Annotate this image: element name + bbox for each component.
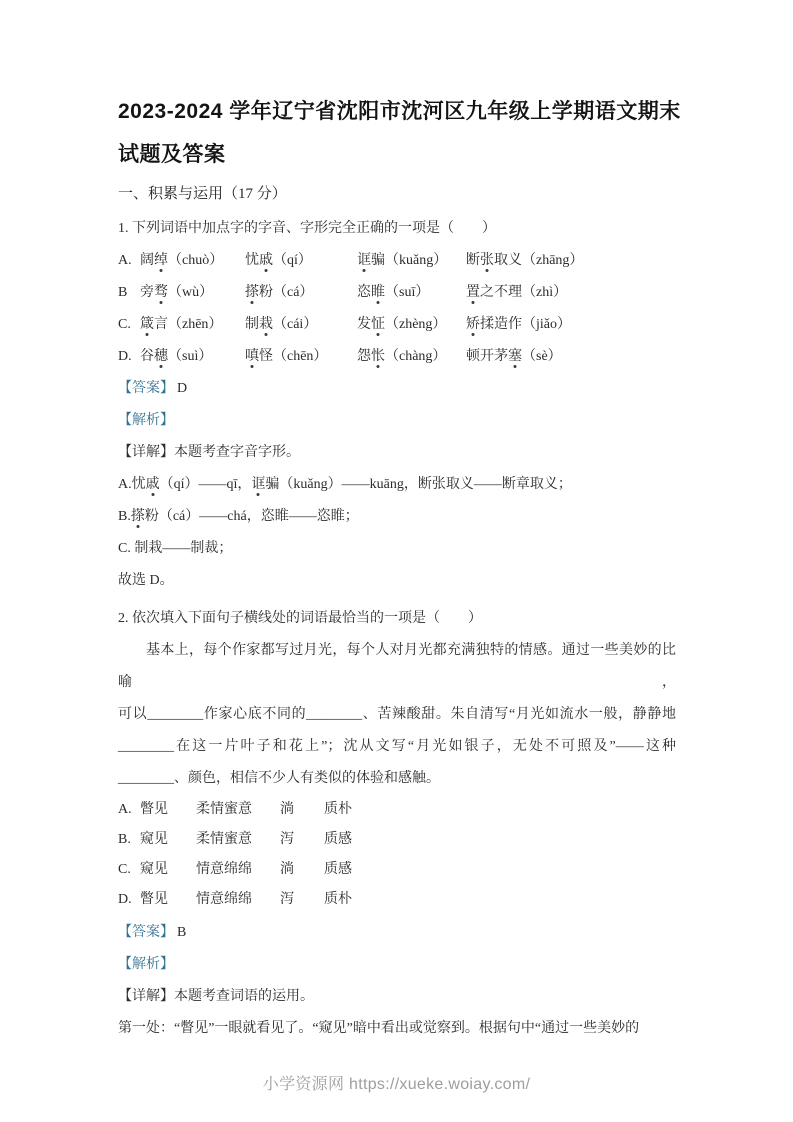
q2-analysis-label: 【解析】 — [118, 949, 676, 981]
q2-option-b-word2: 柔情蜜意 — [196, 825, 280, 855]
q1-option-b-label: B — [118, 277, 140, 309]
q2-option-c-word4: 质感 — [324, 855, 352, 885]
q1-answer-value: D — [174, 381, 187, 396]
q2-detail-line1: 第一处：“瞥见”一眼就看见了。“窥见”暗中看出或觉察到。根据句中“通过一些美妙的 — [118, 1013, 676, 1045]
q2-option-a-word3: 淌 — [280, 795, 324, 825]
q1-option-a-word1: 阔绰（chuò） — [140, 245, 245, 277]
q1-option-b-word4: 置之不理（zhì） — [466, 277, 567, 309]
q2-answer-row: 【答案】B — [118, 917, 676, 949]
q1-option-c-word2: 制栽（cái） — [245, 309, 357, 341]
q1-option-a-word3: 诓骗（kuǎng） — [357, 245, 466, 277]
page-title-line2: 试题及答案 — [118, 142, 676, 168]
q2-passage-line1: 基本上，每个作家都写过月光，每个人对月光都充满独特的情感。通过一些美妙的比喻， — [118, 635, 676, 699]
q1-option-c: C.箴言（zhēn）制栽（cái）发怔（zhèng）矫揉造作（jiǎo） — [118, 309, 676, 341]
q2-option-d-label: D. — [118, 885, 140, 915]
q2-passage-line4: ________、颜色，相信不少人有类似的体验和感触。 — [118, 763, 676, 795]
q2-option-d-word1: 瞥见 — [140, 885, 196, 915]
q2-option-c-word2: 情意绵绵 — [196, 855, 280, 885]
q2-option-b-word1: 窥见 — [140, 825, 196, 855]
q2-detail-label: 【详解】 — [118, 989, 174, 1004]
q1-option-d-word1: 谷穗（suì） — [140, 341, 245, 373]
q1-detail-line-a: A.忧戚（qí）——qī，诓骗（kuǎng）——kuāng，断张取义——断章取义… — [118, 469, 676, 501]
q2-answer-label: 【答案】 — [118, 925, 174, 940]
q1-answer-row: 【答案】D — [118, 373, 676, 405]
page-title-line1: 2023-2024 学年辽宁省沈阳市沈河区九年级上学期语文期末 — [118, 99, 676, 125]
q1-option-c-label: C. — [118, 309, 140, 341]
section-heading: 一、积累与运用（17 分） — [118, 183, 676, 205]
q2-detail-row: 【详解】本题考查词语的运用。 — [118, 981, 676, 1013]
q2-option-c-label: C. — [118, 855, 140, 885]
q1-option-d-word3: 怨怅（chàng） — [357, 341, 466, 373]
q1-option-d-label: D. — [118, 341, 140, 373]
q2-passage-line3: ________在这一片叶子和花上”；沈从文写“月光如银子，无处不可照及”——这… — [118, 731, 676, 763]
q1-option-d-word2: 嗔怪（chēn） — [245, 341, 357, 373]
q1-option-a-word4: 断张取义（zhāng） — [466, 245, 583, 277]
q1-detail-line-b: B.搽粉（cá）——chá，恣睢——恣睢； — [118, 501, 676, 533]
watermark-footer: 小学资源网 https://xueke.woiay.com/ — [0, 1071, 793, 1094]
q1-option-c-word3: 发怔（zhèng） — [357, 309, 466, 341]
q1-option-b: B旁骛（wù）搽粉（cá）恣睢（suī）置之不理（zhì） — [118, 277, 676, 309]
q1-analysis-label: 【解析】 — [118, 405, 676, 437]
q2-stem: 2. 依次填入下面句子横线处的词语最恰当的一项是（ ） — [118, 603, 676, 635]
q2-option-a-word2: 柔情蜜意 — [196, 795, 280, 825]
q2-passage-line2: 可以________作家心底不同的________、苦辣酸甜。朱自清写“月光如流… — [118, 699, 676, 731]
q1-detail-intro: 本题考查字音字形。 — [174, 445, 300, 460]
q1-option-d: D.谷穗（suì）嗔怪（chēn）怨怅（chàng）顿开茅塞（sè） — [118, 341, 676, 373]
q1-option-c-word4: 矫揉造作（jiǎo） — [466, 309, 571, 341]
q1-detail-label: 【详解】 — [118, 445, 174, 460]
q2-answer-value: B — [174, 925, 186, 940]
q2-detail-intro: 本题考查词语的运用。 — [174, 989, 314, 1004]
q2-option-c-word1: 窥见 — [140, 855, 196, 885]
q1-option-b-word3: 恣睢（suī） — [357, 277, 466, 309]
q2-option-d: D.瞥见情意绵绵泻质朴 — [118, 885, 676, 915]
q2-option-d-word4: 质朴 — [324, 885, 352, 915]
q1-detail-line-c: C. 制栽——制裁； — [118, 533, 676, 565]
watermark-text: 小学资源网 https://xueke.woiay.com/ — [263, 1076, 530, 1093]
q1-option-b-word2: 搽粉（cá） — [245, 277, 357, 309]
q1-answer-label: 【答案】 — [118, 381, 174, 396]
q2-option-b: B.窥见柔情蜜意泻质感 — [118, 825, 676, 855]
q1-option-a-label: A. — [118, 245, 140, 277]
q1-stem: 1. 下列词语中加点字的字音、字形完全正确的一项是（ ） — [118, 213, 676, 245]
q1-option-b-word1: 旁骛（wù） — [140, 277, 245, 309]
q2-option-a-label: A. — [118, 795, 140, 825]
q2-option-a: A.瞥见柔情蜜意淌质朴 — [118, 795, 676, 825]
q1-option-a: A.阔绰（chuò）忧戚（qí）诓骗（kuǎng）断张取义（zhāng） — [118, 245, 676, 277]
exam-document-page: 2023-2024 学年辽宁省沈阳市沈河区九年级上学期语文期末 试题及答案 一、… — [118, 0, 676, 1045]
q2-option-c: C.窥见情意绵绵淌质感 — [118, 855, 676, 885]
q2-option-b-word3: 泻 — [280, 825, 324, 855]
q2-option-d-word2: 情意绵绵 — [196, 885, 280, 915]
q2-option-a-word1: 瞥见 — [140, 795, 196, 825]
q2-option-c-word3: 淌 — [280, 855, 324, 885]
q1-detail-row: 【详解】本题考查字音字形。 — [118, 437, 676, 469]
q1-option-a-word2: 忧戚（qí） — [245, 245, 357, 277]
q1-conclusion: 故选 D。 — [118, 565, 676, 597]
q2-option-d-word3: 泻 — [280, 885, 324, 915]
q1-option-d-word4: 顿开茅塞（sè） — [466, 341, 562, 373]
q1-option-c-word1: 箴言（zhēn） — [140, 309, 245, 341]
q2-option-b-label: B. — [118, 825, 140, 855]
q2-option-b-word4: 质感 — [324, 825, 352, 855]
q2-option-a-word4: 质朴 — [324, 795, 352, 825]
